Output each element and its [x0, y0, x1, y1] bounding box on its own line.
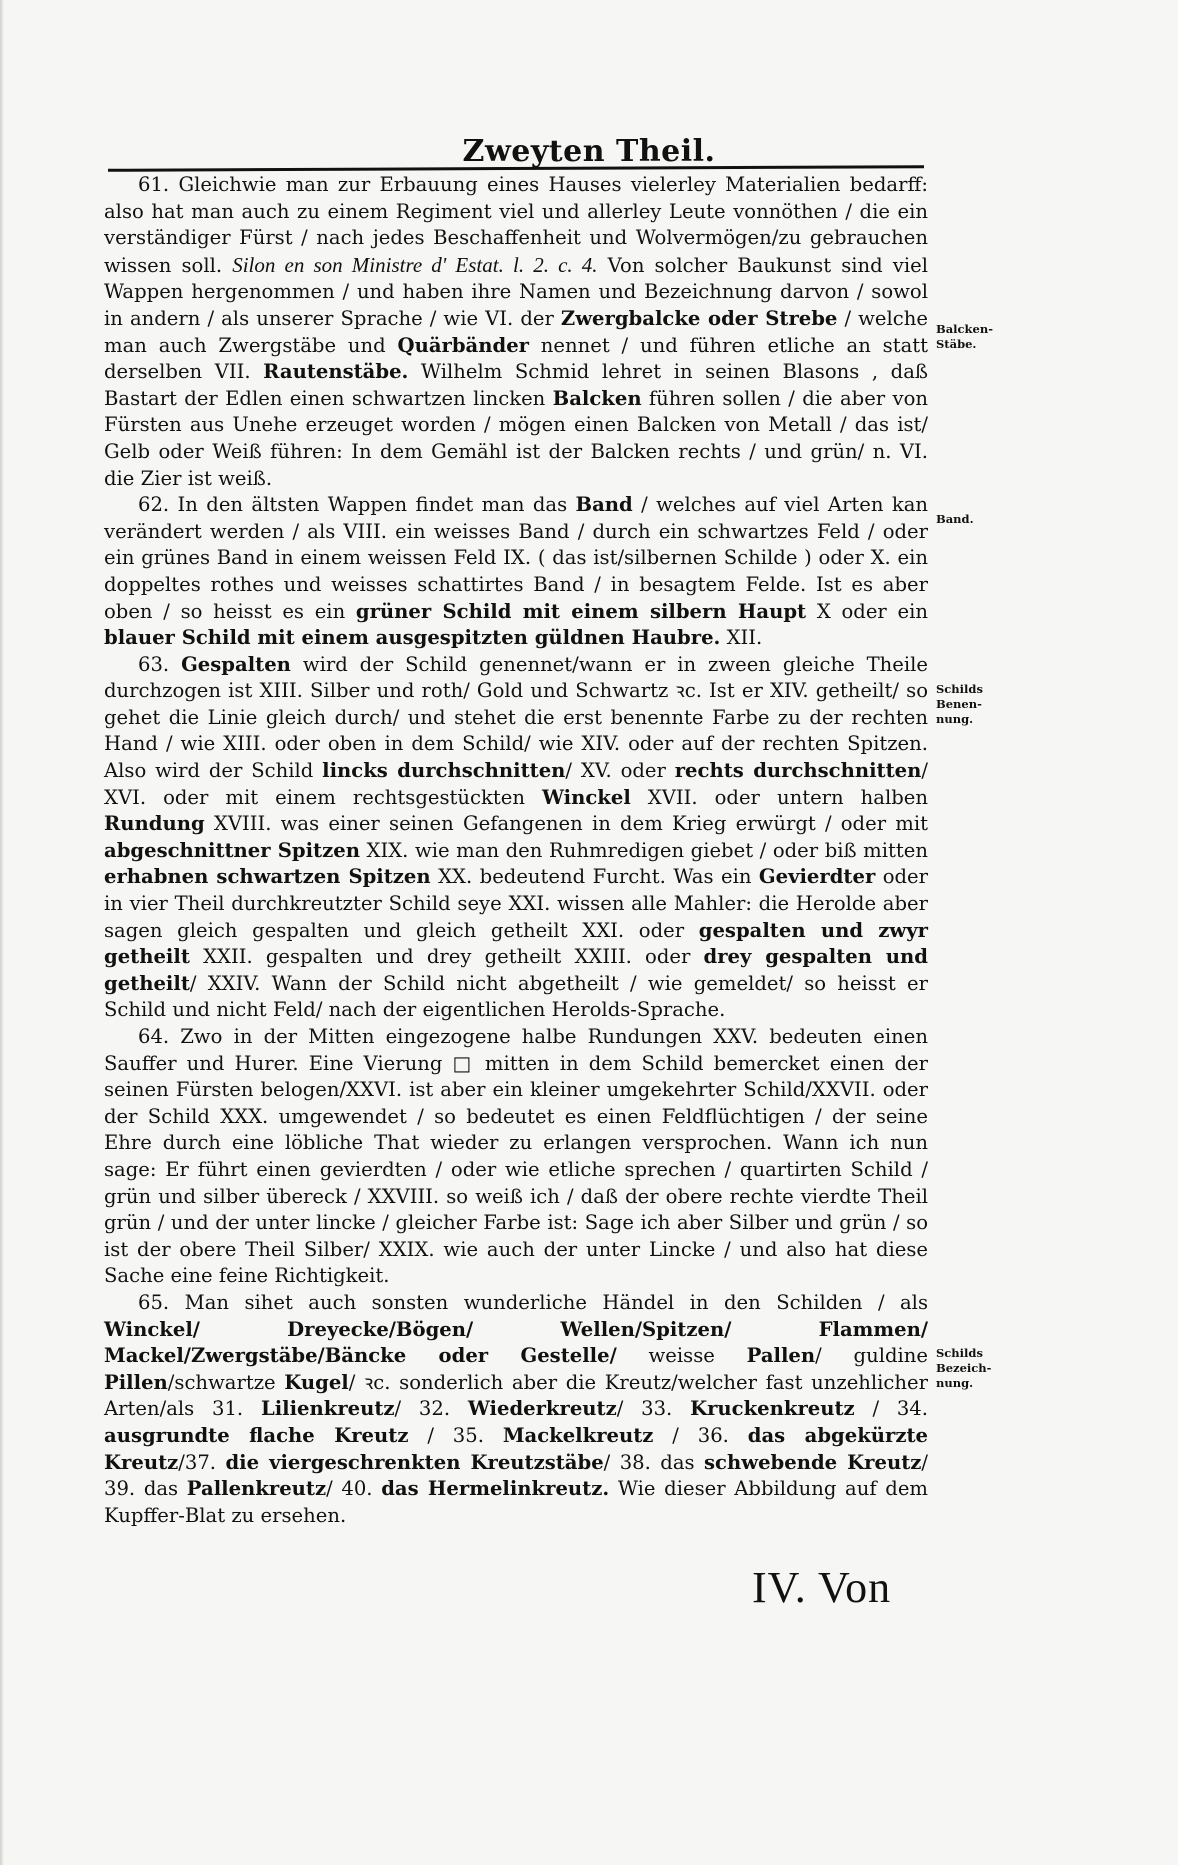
catchword: IV. Von — [752, 1562, 891, 1613]
text-run: / 33. — [617, 1397, 690, 1420]
text-run: X oder ein — [806, 600, 928, 623]
text-run: Zwo in der Mitten eingezogene halbe Rund… — [104, 1025, 928, 1287]
text-run: / 36. — [653, 1424, 747, 1447]
text-run: / 40. — [326, 1477, 381, 1500]
emphasized-term: Mackelkreutz — [503, 1424, 654, 1447]
emphasized-term: die viergeschrenkten Kreutzstäbe — [225, 1451, 603, 1474]
emphasized-term: Pillen — [104, 1371, 168, 1394]
paragraph-62: 62. In den ältsten Wappen findet man das… — [104, 492, 928, 652]
margin-note-line: Benen- — [936, 697, 1006, 712]
text-run: XXII. gespalten und drey getheilt XXIII.… — [190, 945, 704, 968]
emphasized-term: grüner Schild mit einem silbern Haupt — [356, 600, 806, 623]
emphasized-term: Rautenstäbe. — [263, 360, 408, 383]
margin-note-line: Bezeich- — [936, 1361, 1006, 1376]
emphasized-term: ausgrundte flache Kreutz — [104, 1424, 408, 1447]
emphasized-term: das Hermelinkreutz. — [381, 1477, 609, 1500]
text-run: /schwartze — [168, 1371, 285, 1394]
text-run: / 34. — [855, 1397, 928, 1420]
text-run: / 38. das — [604, 1451, 704, 1474]
emphasized-term: Quärbänder — [398, 334, 529, 357]
text-run: In den ältsten Wappen findet man das — [178, 493, 576, 516]
running-head: Zweyten Theil. — [0, 134, 1178, 169]
text-run: XIX. wie man den Ruhmredigen giebet / od… — [360, 839, 928, 862]
margin-note-line: Band. — [936, 512, 1006, 527]
text-run: / 35. — [408, 1424, 502, 1447]
text-run: weisse — [617, 1344, 747, 1367]
emphasized-term: Pallenkreutz — [187, 1477, 326, 1500]
emphasized-term: schwebende Kreutz — [704, 1451, 921, 1474]
emphasized-term: Lilienkreutz — [261, 1397, 395, 1420]
emphasized-term: blauer Schild mit einem ausgespitzten gü… — [104, 626, 720, 649]
margin-note-balcken-staebe: Balcken-Stäbe. — [936, 322, 1006, 352]
text-run: XII. — [720, 626, 762, 649]
emphasized-term: Zwergbalcke oder Strebe — [561, 307, 838, 330]
paragraph-number: 65. — [138, 1291, 185, 1314]
margin-note-line: Stäbe. — [936, 337, 1006, 352]
emphasized-term: Winckel — [542, 786, 631, 809]
emphasized-term: Band — [576, 493, 633, 516]
margin-note-line: Schilds — [936, 1346, 1006, 1361]
paragraph-63: 63. Gespalten wird der Schild genennet/w… — [104, 652, 928, 1024]
emphasized-term: rechts durchschnitten — [675, 759, 922, 782]
text-run: XVIII. was einer seinen Gefangenen in de… — [205, 812, 928, 835]
margin-note-line: nung. — [936, 712, 1006, 727]
paragraph-number: 63. — [138, 653, 181, 676]
emphasized-term: Rundung — [104, 812, 205, 835]
emphasized-term: Gespalten — [181, 653, 291, 676]
paragraph-number: 62. — [138, 493, 178, 516]
paragraph-number: 64. — [138, 1025, 180, 1048]
emphasized-term: abgeschnittner Spitzen — [104, 839, 360, 862]
body-text: 61. Gleichwie man zur Erbauung eines Hau… — [104, 172, 928, 1529]
emphasized-term: erhabnen schwartzen Spitzen — [104, 865, 431, 888]
margin-note-line: Balcken- — [936, 322, 1006, 337]
margin-note-line: nung. — [936, 1376, 1006, 1391]
paragraph-64: 64. Zwo in der Mitten eingezogene halbe … — [104, 1024, 928, 1290]
emphasized-term: Kugel — [284, 1371, 348, 1394]
text-run: / 32. — [395, 1397, 468, 1420]
emphasized-term: Pallen — [747, 1344, 816, 1367]
paragraph-number: 61. — [138, 173, 178, 196]
citation: Silon en son Ministre d' Estat. l. 2. c.… — [232, 253, 597, 277]
emphasized-term: Kruckenkreutz — [690, 1397, 855, 1420]
text-run: / guldine — [815, 1344, 928, 1367]
text-run: XVII. oder untern halben — [631, 786, 928, 809]
emphasized-term: Wiederkreutz — [468, 1397, 617, 1420]
page-edge — [0, 0, 4, 1865]
margin-note-line: Schilds — [936, 682, 1006, 697]
margin-note-schilds-benennung: SchildsBenen-nung. — [936, 682, 1006, 727]
text-run: Man sihet auch sonsten wunderliche Hände… — [185, 1291, 928, 1314]
paragraph-65: 65. Man sihet auch sonsten wunderliche H… — [104, 1290, 928, 1529]
emphasized-term: lincks durchschnitten — [322, 759, 565, 782]
text-run: XX. bedeutend Furcht. Was ein — [431, 865, 759, 888]
emphasized-term: Balcken — [553, 387, 642, 410]
emphasized-term: Gevierdter — [759, 865, 875, 888]
text-run: / XXIV. Wann der Schild nicht abgetheilt… — [104, 972, 928, 1022]
text-run: /37. — [178, 1451, 225, 1474]
paragraph-61: 61. Gleichwie man zur Erbauung eines Hau… — [104, 172, 928, 492]
margin-note-schilds-bezeichnung: SchildsBezeich-nung. — [936, 1346, 1006, 1391]
text-run: / XV. oder — [565, 759, 674, 782]
margin-note-band: Band. — [936, 512, 1006, 527]
